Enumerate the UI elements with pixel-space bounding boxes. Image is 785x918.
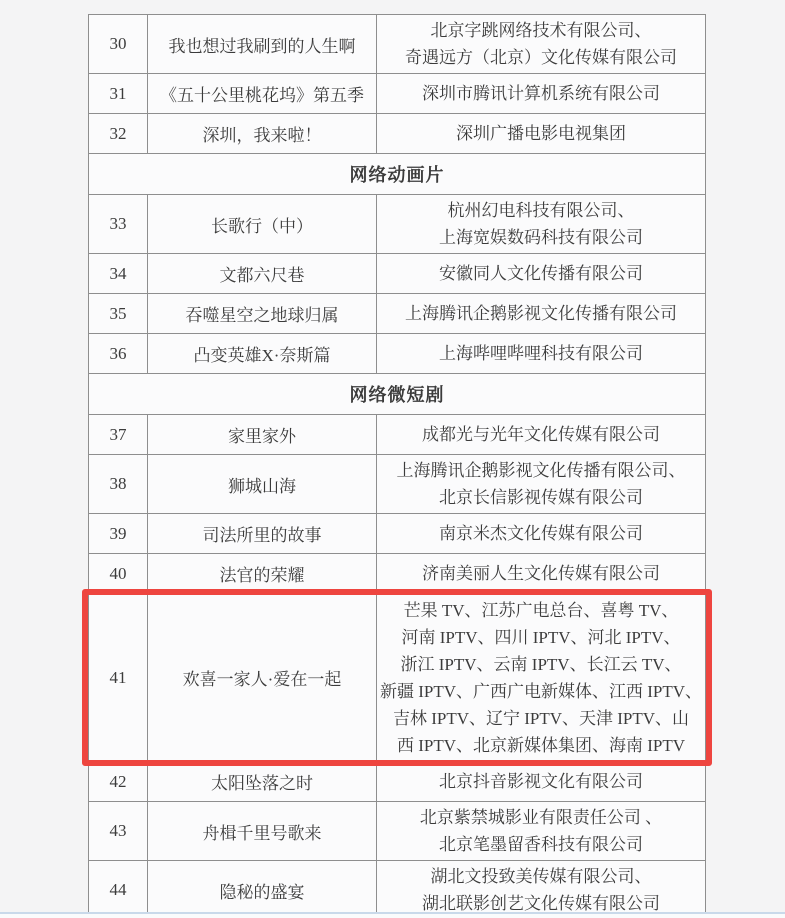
title-cell: 我也想过我刷到的人生啊 — [148, 15, 377, 73]
row-number-cell: 37 — [89, 415, 148, 454]
title-cell: 欢喜一家人·爱在一起 — [148, 594, 377, 761]
company-cell: 湖北文投致美传媒有限公司、湖北联影创艺文化传媒有限公司 — [377, 861, 705, 918]
table-row: 35吞噬星空之地球归属上海腾讯企鹅影视文化传播有限公司 — [89, 294, 705, 334]
company-line: 安徽同人文化传播有限公司 — [439, 260, 643, 287]
title-cell: 隐秘的盛宴 — [148, 861, 377, 918]
company-cell: 上海哔哩哔哩科技有限公司 — [377, 334, 705, 373]
company-line: 浙江 IPTV、云南 IPTV、长江云 TV、 — [401, 651, 682, 678]
company-line: 北京长信影视传媒有限公司 — [439, 484, 643, 511]
title-cell: 太阳坠落之时 — [148, 762, 377, 801]
row-number-cell: 44 — [89, 861, 148, 918]
row-number-cell: 40 — [89, 554, 148, 593]
company-cell: 上海腾讯企鹅影视文化传播有限公司 — [377, 294, 705, 333]
company-line: 吉林 IPTV、辽宁 IPTV、天津 IPTV、山 — [393, 705, 689, 732]
program-list-table: 30我也想过我刷到的人生啊北京字跳网络技术有限公司、奇遇远方（北京）文化传媒有限… — [88, 14, 706, 918]
company-line: 深圳广播电影电视集团 — [456, 120, 626, 147]
company-line: 南京米杰文化传媒有限公司 — [439, 520, 643, 547]
table-row: 31《五十公里桃花坞》第五季深圳市腾讯计算机系统有限公司 — [89, 74, 705, 114]
company-line: 济南美丽人生文化传媒有限公司 — [422, 560, 660, 587]
title-cell: 舟楫千里号歌来 — [148, 802, 377, 860]
company-cell: 上海腾讯企鹅影视文化传播有限公司、北京长信影视传媒有限公司 — [377, 455, 705, 513]
company-line: 上海宽娱数码科技有限公司 — [439, 224, 643, 251]
title-cell: 司法所里的故事 — [148, 514, 377, 553]
row-number-cell: 33 — [89, 195, 148, 253]
company-line: 上海腾讯企鹅影视文化传播有限公司、 — [397, 457, 686, 484]
company-line: 北京紫禁城影业有限责任公司 、 — [420, 804, 662, 831]
company-line: 北京字跳网络技术有限公司、 — [431, 17, 652, 44]
company-line: 芒果 TV、江苏广电总台、喜粤 TV、 — [404, 597, 679, 624]
company-cell: 北京紫禁城影业有限责任公司 、北京笔墨留香科技有限公司 — [377, 802, 705, 860]
company-line: 新疆 IPTV、广西广电新媒体、江西 IPTV、 — [380, 678, 702, 705]
company-line: 湖北文投致美传媒有限公司、 — [431, 863, 652, 890]
company-line: 北京抖音影视文化有限公司 — [439, 768, 643, 795]
row-number-cell: 35 — [89, 294, 148, 333]
table-row: 42太阳坠落之时北京抖音影视文化有限公司 — [89, 762, 705, 802]
title-cell: 长歌行（中） — [148, 195, 377, 253]
company-cell: 安徽同人文化传播有限公司 — [377, 254, 705, 293]
company-line: 上海腾讯企鹅影视文化传播有限公司 — [405, 300, 677, 327]
company-line: 杭州幻电科技有限公司、 — [448, 197, 635, 224]
table-row: 32深圳，我来啦！深圳广播电影电视集团 — [89, 114, 705, 154]
title-cell: 狮城山海 — [148, 455, 377, 513]
company-cell: 济南美丽人生文化传媒有限公司 — [377, 554, 705, 593]
title-cell: 文都六尺巷 — [148, 254, 377, 293]
footer-strip — [0, 912, 785, 918]
row-number-cell: 38 — [89, 455, 148, 513]
table-row: 34文都六尺巷安徽同人文化传播有限公司 — [89, 254, 705, 294]
row-number-cell: 32 — [89, 114, 148, 153]
row-number-cell: 36 — [89, 334, 148, 373]
table-row: 36凸变英雄X·奈斯篇上海哔哩哔哩科技有限公司 — [89, 334, 705, 374]
company-line: 河南 IPTV、四川 IPTV、河北 IPTV、 — [401, 624, 680, 651]
company-cell: 杭州幻电科技有限公司、上海宽娱数码科技有限公司 — [377, 195, 705, 253]
table-row: 37家里家外成都光与光年文化传媒有限公司 — [89, 415, 705, 455]
table-row: 40法官的荣耀济南美丽人生文化传媒有限公司 — [89, 554, 705, 594]
title-cell: 《五十公里桃花坞》第五季 — [148, 74, 377, 113]
row-number-cell: 42 — [89, 762, 148, 801]
table-row: 33长歌行（中）杭州幻电科技有限公司、上海宽娱数码科技有限公司 — [89, 195, 705, 254]
company-line: 成都光与光年文化传媒有限公司 — [422, 421, 660, 448]
company-line: 西 IPTV、北京新媒体集团、海南 IPTV — [397, 732, 685, 759]
title-cell: 吞噬星空之地球归属 — [148, 294, 377, 333]
row-number-cell: 30 — [89, 15, 148, 73]
section-header-row: 网络微短剧 — [89, 374, 705, 415]
company-line: 上海哔哩哔哩科技有限公司 — [439, 340, 643, 367]
company-line: 北京笔墨留香科技有限公司 — [439, 831, 643, 858]
table-row: 43舟楫千里号歌来北京紫禁城影业有限责任公司 、北京笔墨留香科技有限公司 — [89, 802, 705, 861]
title-cell: 家里家外 — [148, 415, 377, 454]
document-page: 30我也想过我刷到的人生啊北京字跳网络技术有限公司、奇遇远方（北京）文化传媒有限… — [0, 0, 785, 918]
company-cell: 南京米杰文化传媒有限公司 — [377, 514, 705, 553]
row-number-cell: 43 — [89, 802, 148, 860]
company-cell: 芒果 TV、江苏广电总台、喜粤 TV、河南 IPTV、四川 IPTV、河北 IP… — [377, 594, 705, 761]
row-number-cell: 39 — [89, 514, 148, 553]
title-cell: 法官的荣耀 — [148, 554, 377, 593]
table-row: 44隐秘的盛宴湖北文投致美传媒有限公司、湖北联影创艺文化传媒有限公司 — [89, 861, 705, 918]
section-header-row: 网络动画片 — [89, 154, 705, 195]
table-row: 39司法所里的故事南京米杰文化传媒有限公司 — [89, 514, 705, 554]
company-cell: 深圳广播电影电视集团 — [377, 114, 705, 153]
row-number-cell: 31 — [89, 74, 148, 113]
company-cell: 北京字跳网络技术有限公司、奇遇远方（北京）文化传媒有限公司 — [377, 15, 705, 73]
section-title: 网络动画片 — [350, 161, 445, 187]
company-cell: 成都光与光年文化传媒有限公司 — [377, 415, 705, 454]
row-number-cell: 34 — [89, 254, 148, 293]
table-row: 30我也想过我刷到的人生啊北京字跳网络技术有限公司、奇遇远方（北京）文化传媒有限… — [89, 15, 705, 74]
company-line: 深圳市腾讯计算机系统有限公司 — [422, 80, 660, 107]
section-title: 网络微短剧 — [350, 381, 445, 407]
company-line: 奇遇远方（北京）文化传媒有限公司 — [405, 44, 677, 71]
title-cell: 凸变英雄X·奈斯篇 — [148, 334, 377, 373]
company-cell: 深圳市腾讯计算机系统有限公司 — [377, 74, 705, 113]
row-number-cell: 41 — [89, 594, 148, 761]
table-row: 41欢喜一家人·爱在一起芒果 TV、江苏广电总台、喜粤 TV、河南 IPTV、四… — [89, 594, 705, 762]
title-cell: 深圳，我来啦！ — [148, 114, 377, 153]
company-cell: 北京抖音影视文化有限公司 — [377, 762, 705, 801]
table-row: 38狮城山海上海腾讯企鹅影视文化传播有限公司、北京长信影视传媒有限公司 — [89, 455, 705, 514]
